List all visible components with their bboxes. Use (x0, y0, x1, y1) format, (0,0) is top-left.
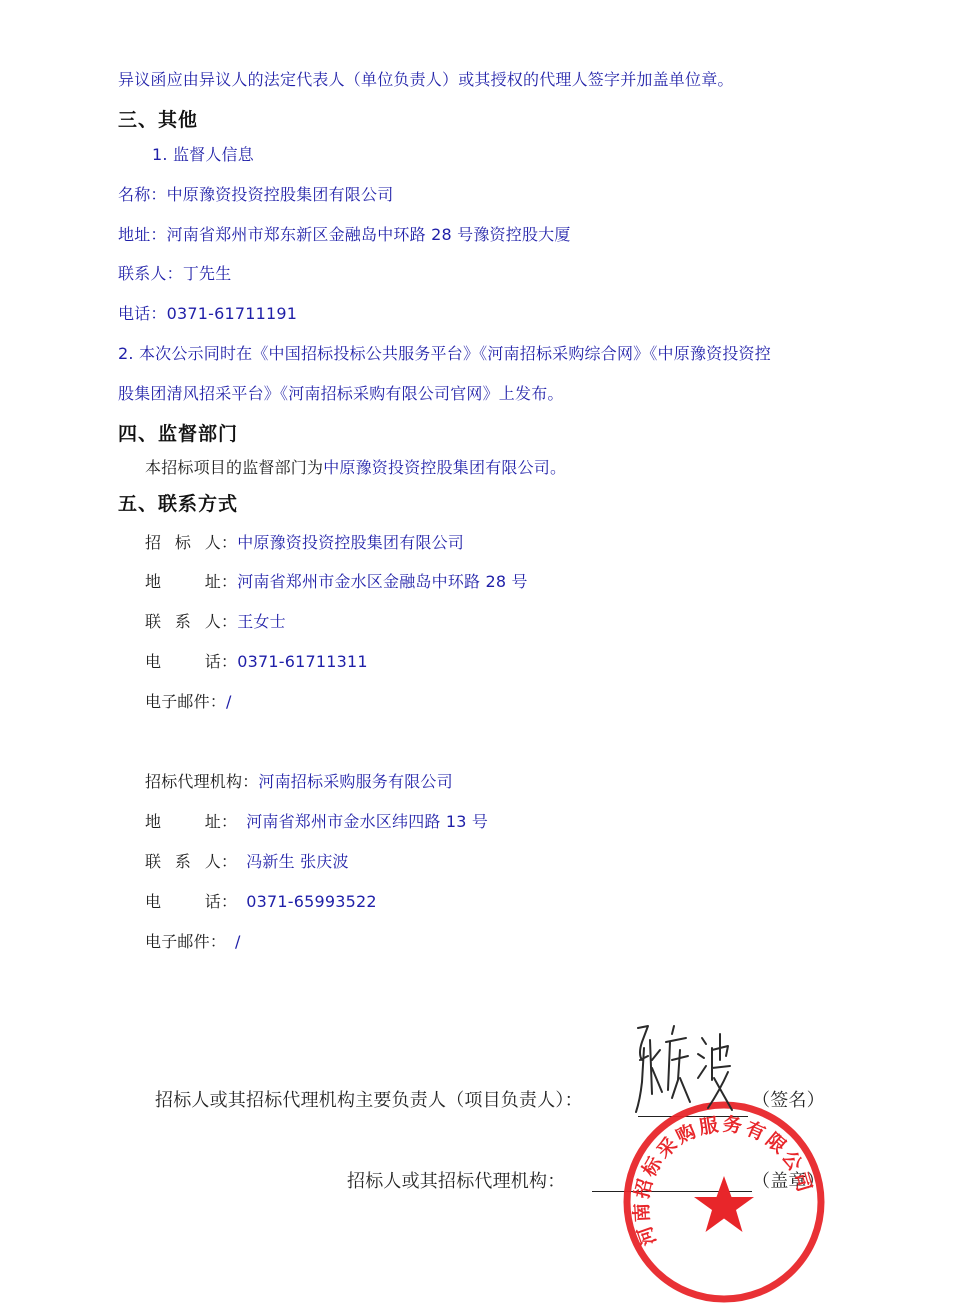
agency-address-row: 地 址 ：河南省郑州市金水区纬四路 13 号 (145, 812, 488, 832)
tenderer-contact-value: 王女士 (237, 612, 286, 631)
org-seal-label: 招标人或其招标代理机构： (347, 1172, 565, 1192)
tenderer-email-value: / (226, 692, 232, 711)
tenderer-address-label: 地 址 (145, 572, 221, 592)
agency-row: 招标代理机构：河南招标采购服务有限公司 (145, 772, 453, 792)
objection-note: 异议函应由异议人的法定代表人（单位负责人）或其授权的代理人签字并加盖单位章。 (118, 70, 734, 90)
supervision-dept-org: 中原豫资投资控股集团有限公司 (323, 458, 550, 477)
supervisor-contact-row: 联系人：丁先生 (118, 264, 231, 284)
agency-email-row: 电子邮件：/ (145, 932, 241, 952)
agency-contact-label: 联 系 人 (145, 852, 221, 872)
section-heading-contact: 五、联系方式 (118, 492, 238, 516)
tenderer-value: 中原豫资投资控股集团有限公司 (237, 533, 464, 552)
supervisor-name-row: 名称：中原豫资投资控股集团有限公司 (118, 185, 393, 205)
agency-phone-row: 电 话 ：0371-65993522 (145, 892, 377, 912)
document-page: 异议函应由异议人的法定代表人（单位负责人）或其授权的代理人签字并加盖单位章。 三… (0, 0, 953, 1312)
agency-phone-value: 0371-65993522 (246, 892, 377, 911)
tenderer-phone-value: 0371-61711311 (237, 652, 368, 671)
tenderer-row: 招 标 人 ：中原豫资投资控股集团有限公司 (145, 533, 464, 553)
tenderer-email-row: 电子邮件：/ (145, 692, 232, 712)
tenderer-contact-label: 联 系 人 (145, 612, 221, 632)
supervisor-address-value: 河南省郑州市郑东新区金融岛中环路 28 号豫资控股大厦 (167, 225, 571, 244)
agency-contact-value: 冯新生 张庆波 (246, 852, 349, 871)
agency-address-value: 河南省郑州市金水区纬四路 13 号 (246, 812, 488, 831)
agency-email-label: 电子邮件 (145, 932, 210, 952)
publication-note-line-2: 股集团清风招采平台》《河南招标采购有限公司官网》上发布。 (118, 384, 564, 404)
tenderer-label: 招 标 人 (145, 533, 221, 553)
agency-address-label: 地 址 (145, 812, 221, 832)
tenderer-contact-row: 联 系 人 ：王女士 (145, 612, 286, 632)
supervisor-contact-value: 丁先生 (183, 264, 232, 283)
agency-email-value: / (235, 932, 241, 951)
tenderer-address-value: 河南省郑州市金水区金融岛中环路 28 号 (237, 572, 528, 591)
company-seal-stamp-icon: 河南招标采购服务有限公司 (620, 1098, 828, 1306)
section-heading-supervision-dept: 四、监督部门 (118, 422, 238, 446)
supervisor-address-row: 地址：河南省郑州市郑东新区金融岛中环路 28 号豫资控股大厦 (118, 225, 571, 245)
agency-label: 招标代理机构 (145, 772, 242, 792)
supervisor-info-title: 1. 监督人信息 (152, 145, 254, 165)
responsible-person-label: 招标人或其招标代理机构主要负责人（项目负责人）： (155, 1091, 583, 1111)
supervisor-address-label: 地址： (118, 225, 167, 244)
agency-contact-row: 联 系 人 ：冯新生 张庆波 (145, 852, 349, 872)
supervisor-phone-row: 电话：0371-61711191 (118, 304, 297, 324)
supervisor-name-label: 名称： (118, 185, 167, 204)
supervision-dept-text: 本招标项目的监督部门为中原豫资投资控股集团有限公司。 (145, 458, 566, 478)
supervisor-contact-label: 联系人： (118, 264, 183, 283)
tenderer-email-label: 电子邮件 (145, 692, 210, 712)
supervisor-name-value: 中原豫资投资控股集团有限公司 (167, 185, 394, 204)
supervisor-phone-label: 电话： (118, 304, 167, 323)
tenderer-address-row: 地 址 ：河南省郑州市金水区金融岛中环路 28 号 (145, 572, 528, 592)
agency-phone-label: 电 话 (145, 892, 221, 912)
section-heading-other: 三、其他 (118, 108, 198, 132)
publication-note-line-1: 2. 本次公示同时在《中国招标投标公共服务平台》《河南招标采购综合网》《中原豫资… (118, 344, 771, 364)
handwritten-signature-icon (632, 1020, 742, 1120)
tenderer-phone-label: 电 话 (145, 652, 221, 672)
supervisor-phone-value: 0371-61711191 (167, 304, 298, 323)
supervision-dept-prefix: 本招标项目的监督部门为 (145, 458, 323, 477)
tenderer-phone-row: 电 话 ：0371-61711311 (145, 652, 368, 672)
agency-value: 河南招标采购服务有限公司 (258, 772, 452, 791)
supervision-dept-suffix: 。 (550, 458, 566, 477)
